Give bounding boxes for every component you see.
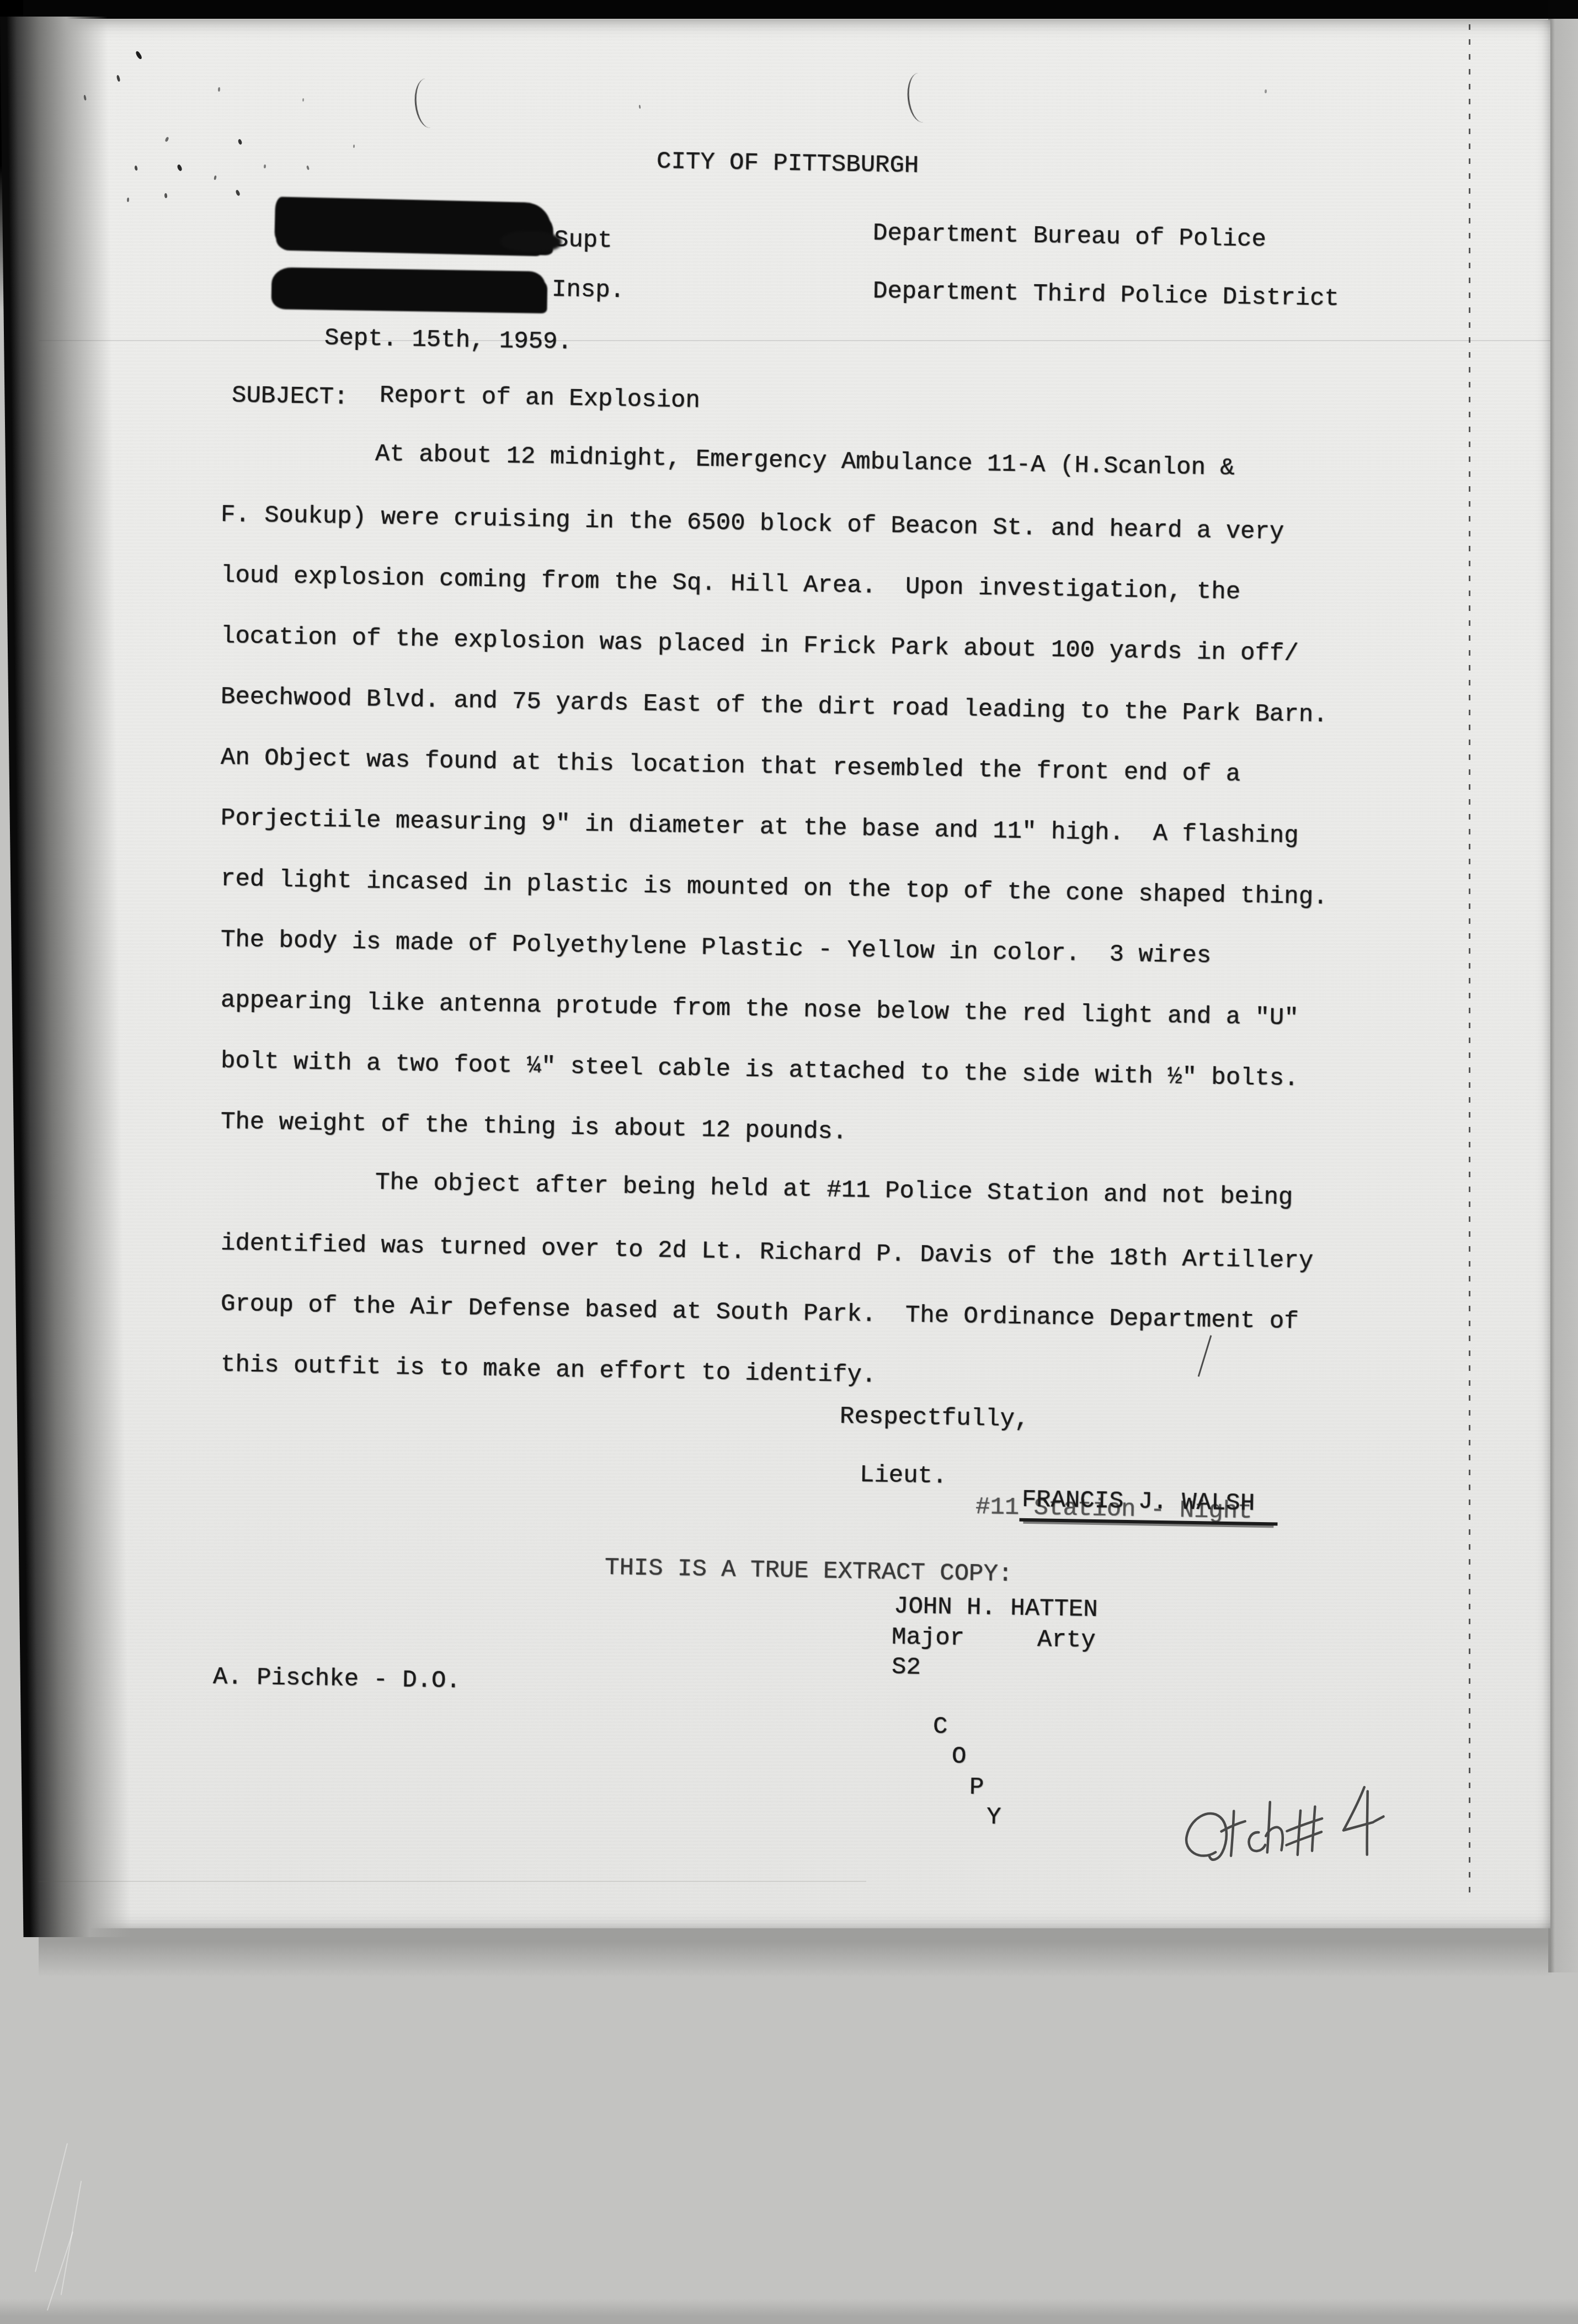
redaction-bar-superintendent [274,196,551,254]
copy-letter-c: C [933,1713,948,1741]
paper-crease [39,340,1550,341]
closing-respectfully: Respectfully, [840,1403,1030,1434]
subject-label: SUBJECT: [232,382,349,412]
inspector-suffix: Insp. [552,276,625,305]
distribution-line: A. Pischke - D.O. [213,1663,461,1695]
paper-crease [39,1881,866,1882]
punch-hole-dashed-line [1469,24,1470,1895]
superintendent-suffix: Supt [554,226,612,255]
scan-bottom-border [0,2299,1578,2324]
copy-letter-o: O [952,1743,967,1771]
paper-shadow [39,1927,1552,1977]
station-line: #11 Station - Night [975,1493,1252,1526]
certifier-section: S2 [892,1653,921,1682]
copy-letter-y: Y [987,1804,1001,1832]
redaction-bar-inspector [271,267,545,313]
certifier-name: JOHN H. HATTEN [894,1593,1098,1624]
subject-text: Report of an Explosion [380,382,701,415]
scanned-police-report: CITY OF PITTSBURGH Supt Department Burea… [0,0,1578,2324]
copy-letter-p: P [969,1774,984,1802]
signature-rank-prefix: Lieut. [860,1461,947,1491]
scan-right-margin [1548,19,1578,1972]
scan-top-border [0,0,1578,19]
page-title: CITY OF PITTSBURGH [657,148,919,180]
certifier-rank-line: Major Arty [892,1624,1096,1655]
report-date: Sept. 15th, 1959. [324,325,573,357]
